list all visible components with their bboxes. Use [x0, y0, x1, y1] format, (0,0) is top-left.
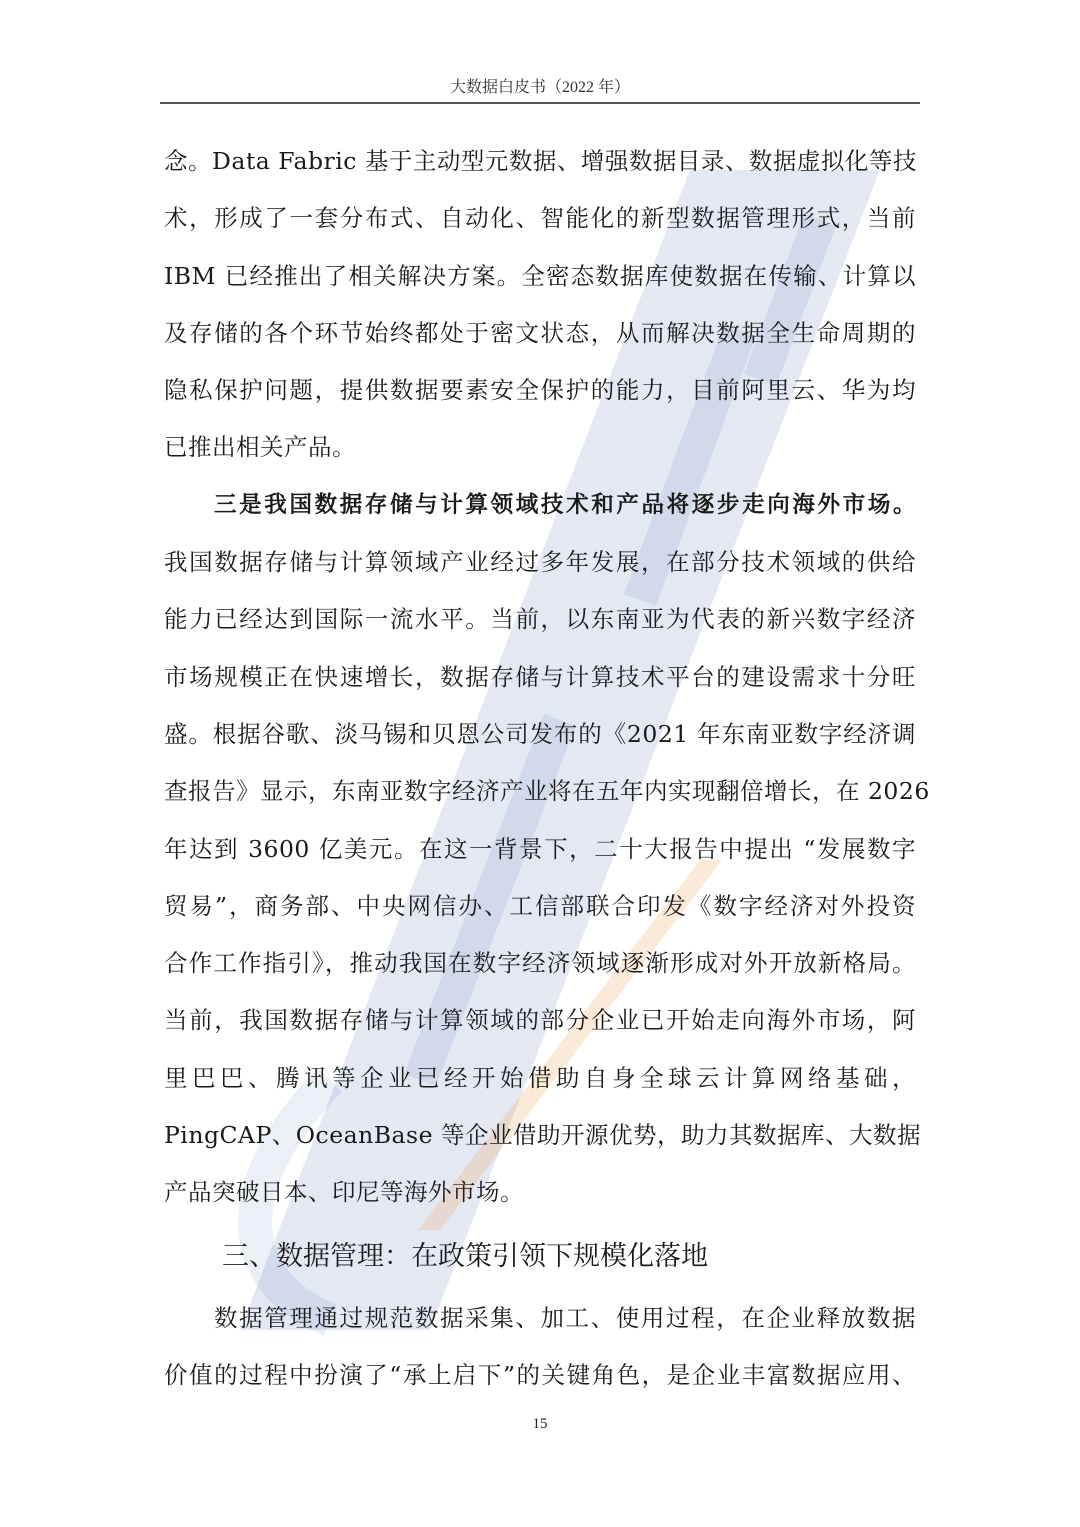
text-line: PingCAP、OceanBase 等企业借助开源优势，助力其数据库、大数据 [164, 1107, 916, 1164]
text-line: 及存储的各个环节始终都处于密文状态，从而解决数据全生命周期的 [164, 305, 916, 362]
text-line: 合作工作指引》，推动我国在数字经济领域逐渐形成对外开放新格局。 [164, 935, 916, 992]
text-line: 已推出相关产品。 [164, 419, 916, 476]
text-line: 术，形成了一套分布式、自动化、智能化的新型数据管理形式，当前 [164, 190, 916, 247]
text-line: 数据管理通过规范数据采集、加工、使用过程，在企业释放数据 [164, 1290, 916, 1347]
page-number: 15 [0, 1416, 1080, 1433]
text-line: 里巴巴、腾讯等企业已经开始借助自身全球云计算网络基础， [164, 1050, 916, 1107]
text-line: 隐私保护问题，提供数据要素安全保护的能力，目前阿里云、华为均 [164, 362, 916, 419]
text-line: 盛。根据谷歌、淡马锡和贝恩公司发布的《2021 年东南亚数字经济调 [164, 706, 916, 763]
text-line: 我国数据存储与计算领域产业经过多年发展，在部分技术领域的供给 [164, 534, 916, 591]
section-heading: 三、数据管理：在政策引领下规模化落地 [164, 1228, 916, 1286]
paragraph-1: 念。Data Fabric 基于主动型元数据、增强数据目录、数据虚拟化等技 术，… [164, 133, 916, 477]
text-line: 当前，我国数据存储与计算领域的部分企业已开始走向海外市场，阿 [164, 992, 916, 1049]
document-body: 念。Data Fabric 基于主动型元数据、增强数据目录、数据虚拟化等技 术，… [164, 133, 916, 1404]
running-header: 大数据白皮书（2022 年） [160, 74, 920, 104]
text-line: 年达到 3600 亿美元。在这一背景下，二十大报告中提出 “发展数字 [164, 821, 916, 878]
text-line: 市场规模正在快速增长，数据存储与计算技术平台的建设需求十分旺 [164, 649, 916, 706]
text-line: 能力已经达到国际一流水平。当前，以东南亚为代表的新兴数字经济 [164, 591, 916, 648]
text-line: 念。Data Fabric 基于主动型元数据、增强数据目录、数据虚拟化等技 [164, 133, 916, 190]
paragraph-2: 三是我国数据存储与计算领域技术和产品将逐步走向海外市场。 我国数据存储与计算领域… [164, 477, 916, 1222]
paragraph-3: 数据管理通过规范数据采集、加工、使用过程，在企业释放数据 价值的过程中扮演了“承… [164, 1290, 916, 1405]
text-line: IBM 已经推出了相关解决方案。全密态数据库使数据在传输、计算以 [164, 248, 916, 305]
text-line: 贸易”，商务部、中央网信办、工信部联合印发《数字经济对外投资 [164, 878, 916, 935]
text-line: 产品突破日本、印尼等海外市场。 [164, 1164, 916, 1221]
paragraph-lead-bold: 三是我国数据存储与计算领域技术和产品将逐步走向海外市场。 [164, 477, 916, 534]
header-title: 大数据白皮书（2022 年） [450, 79, 630, 96]
text-line: 查报告》显示，东南亚数字经济产业将在五年内实现翻倍增长，在 2026 [164, 763, 916, 820]
text-line: 价值的过程中扮演了“承上启下”的关键角色，是企业丰富数据应用、 [164, 1347, 916, 1404]
